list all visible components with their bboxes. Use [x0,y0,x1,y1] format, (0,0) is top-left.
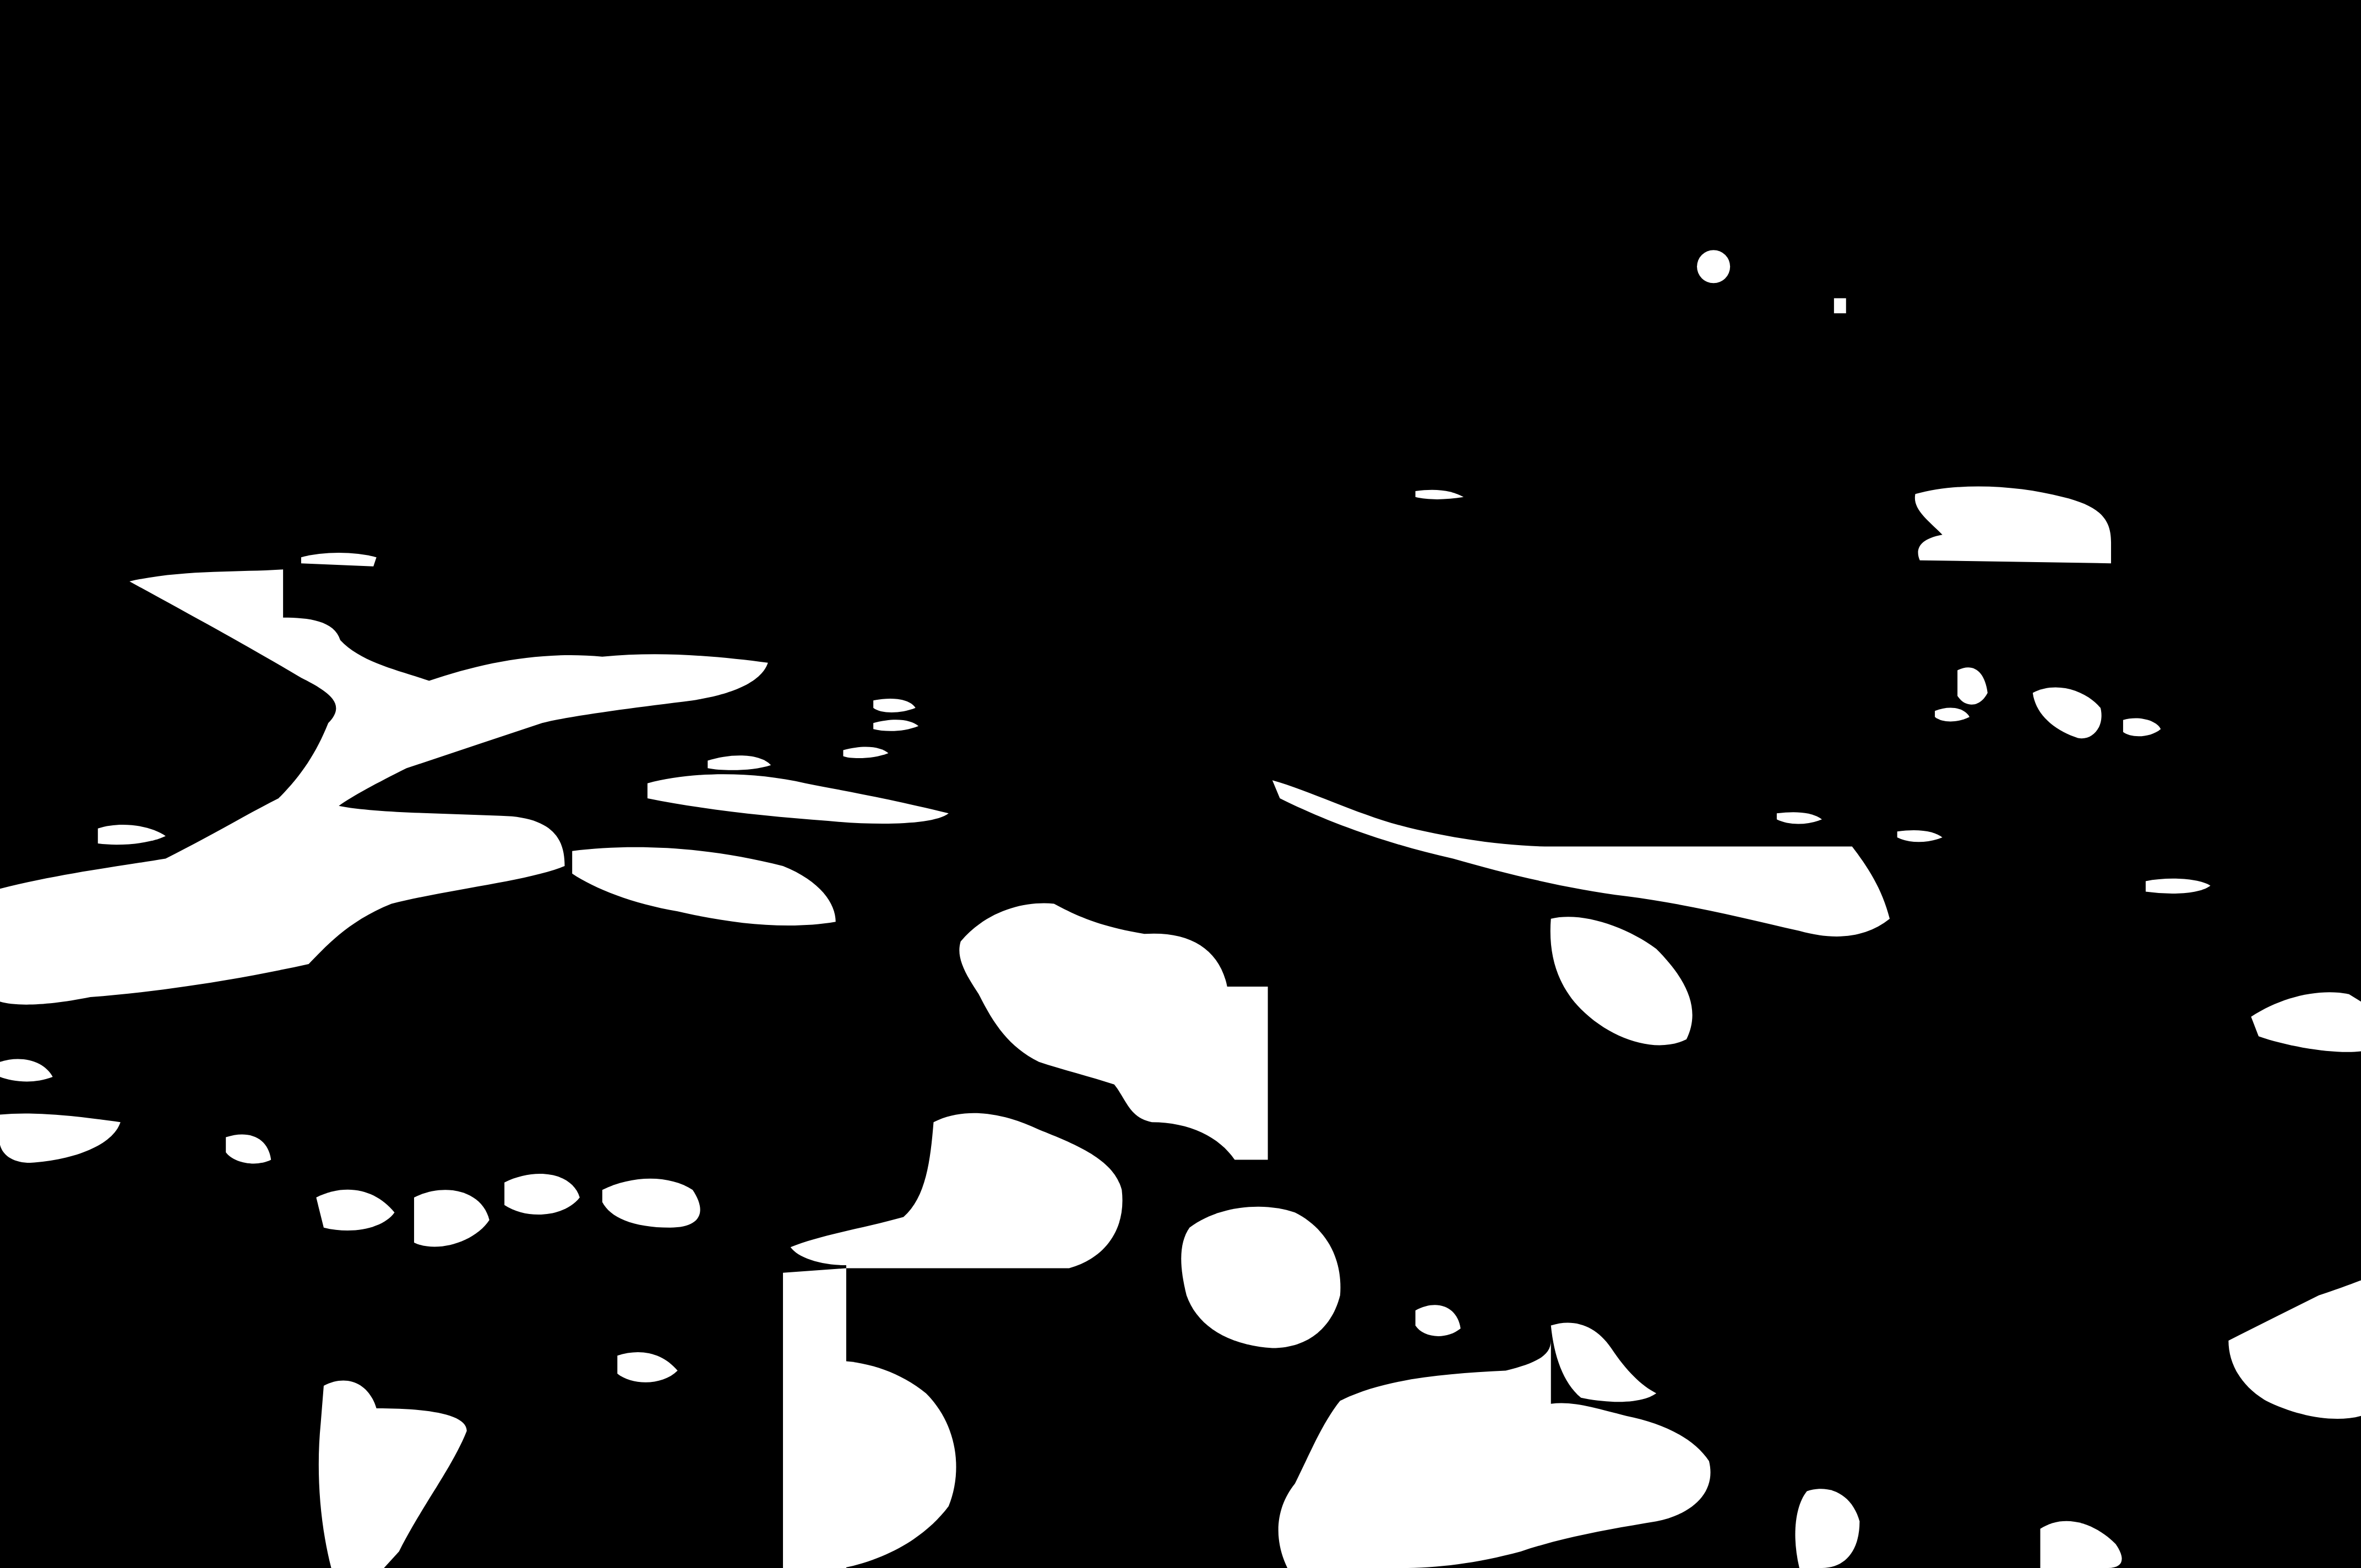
binary-mask-canvas [0,0,2361,1568]
